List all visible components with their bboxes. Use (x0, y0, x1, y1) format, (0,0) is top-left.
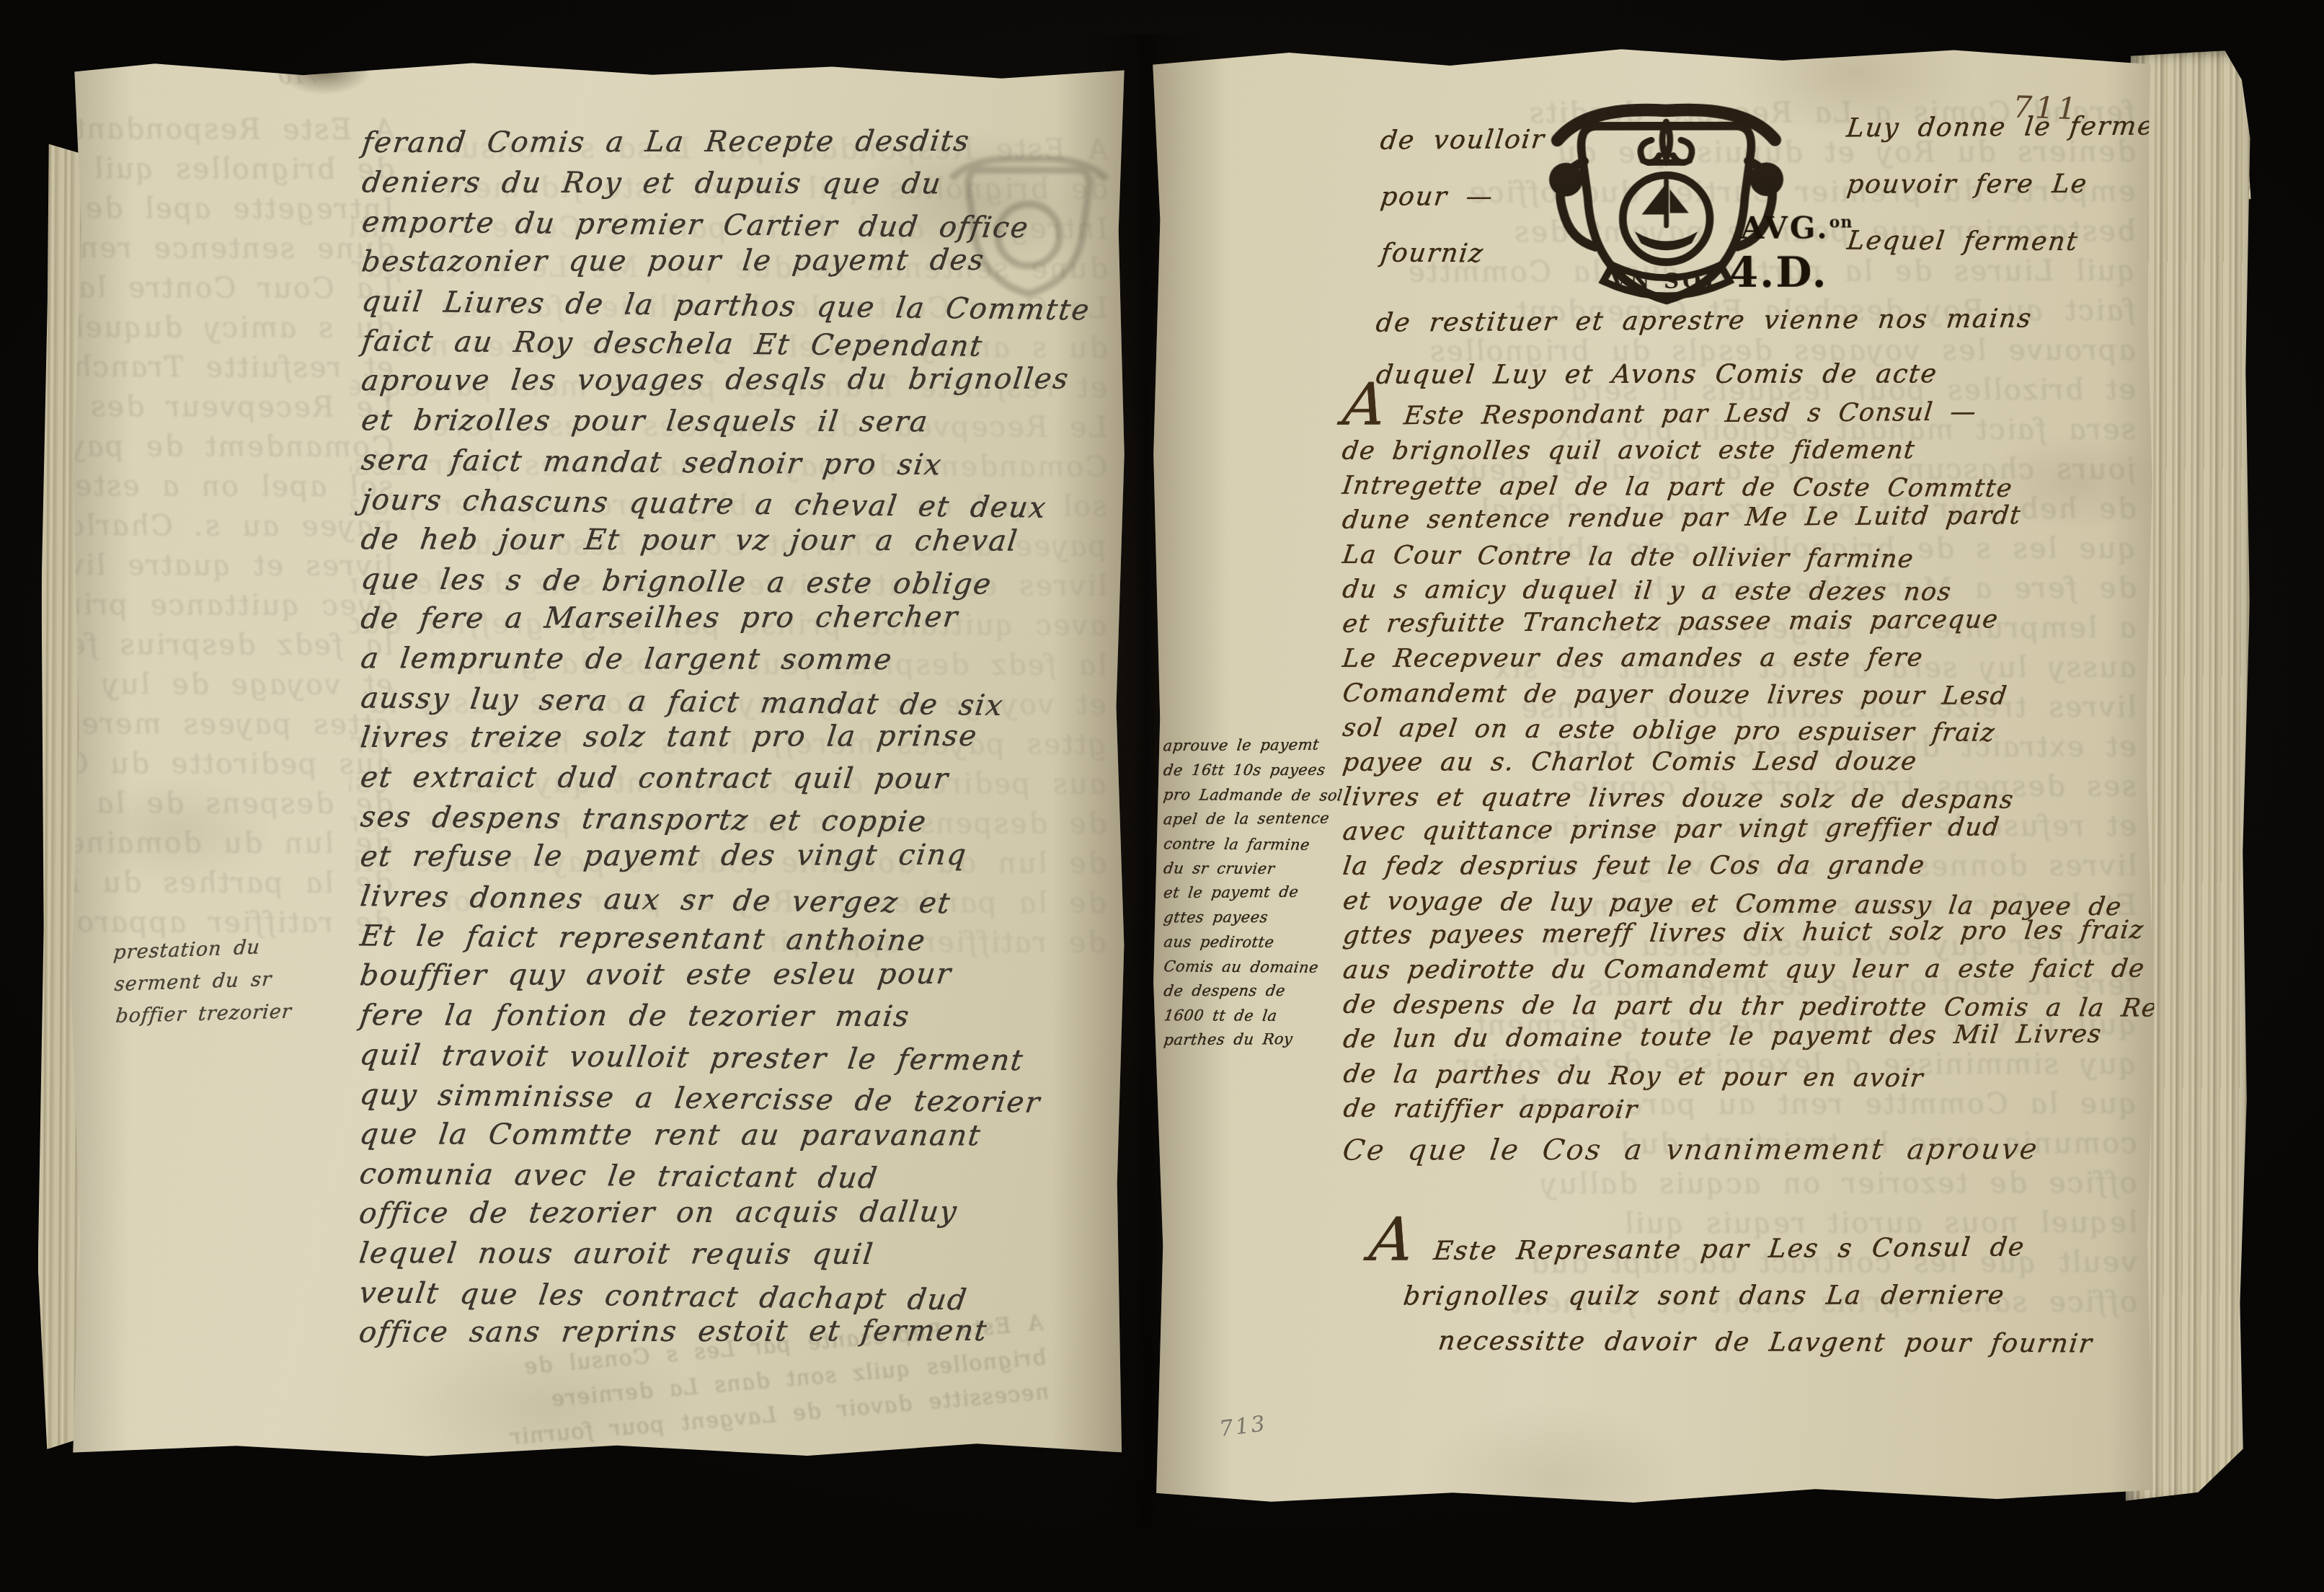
right-page-opening-left-column: de voulloirpour —fourniz (1377, 112, 1542, 281)
text-line: aus pedirotte (1162, 929, 1381, 955)
text-line: et resfuitte Tranchetz passee mais parce… (1341, 601, 2138, 642)
text-line: de heb jour Et pour vz jour a cheval (359, 520, 1125, 562)
left-page: 710 A Este Respondant par Lesd s Consul … (66, 59, 1128, 1464)
ship-icon (1635, 181, 1698, 251)
text-line: quil travoit voulloit prester le ferment (358, 1035, 1122, 1082)
text-line: La Cour Contre la dte ollivier farmine (74, 268, 396, 309)
text-line: de brignolles quil avoict este fidement (75, 149, 397, 190)
text-line: parthes du Roy (1163, 1026, 1382, 1052)
stamp-left-mascaron-icon (1549, 163, 1583, 197)
text-line: duquel Luy et Avons Comis de acte (1373, 348, 2035, 402)
right-page-opening-full-lines: de restituer et aprestre vienne nos main… (1373, 296, 2029, 402)
right-page: 711 ferand Comis a La Recepte desditsden… (1148, 43, 2158, 1509)
stamp-right-mascaron-icon (1749, 162, 1783, 196)
text-line: brignolles quilz sont dans La derniere (1401, 1273, 2095, 1319)
text-line: pro Ladmande de sol (1162, 782, 1381, 808)
text-line: la fedz desprius feut le Cos da grande (1341, 848, 2138, 884)
left-page-main-text: ferand Comis a La Recepte desditsdeniers… (357, 123, 1120, 1355)
text-line: pour — (1378, 169, 1549, 225)
text-line: de lun du domaine toute le payemt des Mi… (73, 823, 395, 864)
text-line: office de tezorier on acquis dalluy (1176, 1164, 2140, 1205)
text-line: necessitte davoir de Lavgent pour fourni… (445, 1375, 1050, 1461)
text-line: de despens de la part du thr pedirotte C… (73, 784, 395, 824)
text-line: avec quittance prinse par vingt greffier… (74, 585, 396, 626)
text-line: lequel nous auroit requis quil (357, 1234, 1122, 1275)
stamp-4d-text: 4.D. (1729, 248, 1828, 297)
resolution-line: Ce que le Cos a vnanimement aprouve (1341, 1133, 2041, 1167)
text-line: A Este Represante par Les s Consul de (1366, 1213, 2097, 1275)
text-line: payee au s. Charlot Comis Lesd douze (74, 506, 396, 547)
text-line: gttes payees mereff livres dix huict sol… (74, 704, 396, 745)
text-line: fere la fontion de tezorier mais (358, 996, 1123, 1038)
text-line: Comis au domaine (1162, 954, 1381, 980)
text-line: et resfuitte Tranchetz passee mais parce… (74, 348, 396, 388)
text-line: livres et quatre livres douze solz de de… (74, 546, 396, 586)
text-line: la fedz desprius feut le Cos da grande (74, 625, 396, 665)
bleedthrough-text-left-margin: A Este Respondant par Lesd s Consul —de … (75, 110, 394, 943)
text-line: 1600 tt de la (1163, 1003, 1382, 1028)
left-page-margin-note: prestation duserment du srboffier trezor… (111, 929, 352, 1032)
text-line: office de tezorier on acquis dalluy (357, 1192, 1122, 1234)
bleedthrough-folio-number: 710 (278, 63, 320, 91)
text-line: aprouve les voyages desqls du brignolles (359, 359, 1125, 401)
right-page-opening-right-column: Luy donne le fermentpouvoir fere LeLeque… (1843, 100, 2181, 270)
text-line: que la Commtte rent au paravanant (358, 1115, 1123, 1157)
text-line: apel de la sentence (1162, 805, 1381, 831)
text-line: Lequel ferment (1844, 213, 2188, 271)
text-line: avec quittance prinse par vingt greffier… (1341, 809, 2138, 849)
text-line: de despens de (1163, 978, 1382, 1004)
text-line: deniers du Roy et dupuis que du (360, 163, 1125, 205)
text-line: fourniz (1378, 226, 1549, 283)
text-line: livres treize solz tant pro la prinse (358, 716, 1124, 758)
text-line: aprouve le payemt (1162, 732, 1381, 758)
stamp-avg-text: AVG.on (1741, 211, 1853, 246)
text-line: sera faict mandat sednoir pro six (359, 441, 1124, 487)
text-line: gttes payees (1162, 905, 1381, 930)
text-line: A Este Respondant par Lesd s Consul — (75, 110, 397, 150)
text-line: Le Recepveur des amandes a este fere (74, 387, 396, 428)
text-line: aus pedirotte du Comandemt quy leur a es… (74, 744, 396, 784)
text-line: a lemprunte de largent somme (358, 639, 1124, 681)
text-line: de voulloir (1378, 112, 1549, 169)
text-line: ferand Comis a La Recepte desdits (360, 121, 1125, 163)
text-line: bouffier quy avoit este esleu pour (358, 954, 1123, 996)
text-line: et brizolles pour lesquels il sera (359, 401, 1125, 443)
right-page-closing-text: A Este Represante par Les s Consul debri… (1366, 1216, 2090, 1364)
text-line: de fere a Marseilhes pro chercher (358, 597, 1124, 639)
text-line: et voyage de luy paye et Comme aussy la … (74, 665, 396, 705)
text-line: boffier trezorier (114, 994, 355, 1032)
text-line: Comandemt de payer douze livres pour Les… (74, 427, 396, 467)
text-line: Luy donne le ferment (1844, 98, 2188, 156)
text-line: dune sentence rendue par Me Le Luitd par… (74, 229, 396, 269)
text-line: de la parthes du Roy et pour en avoir (73, 863, 395, 903)
pencil-folio-number: 713 (1218, 1411, 1269, 1442)
text-line: de brignolles quil avoict este fidement (1340, 433, 2137, 469)
text-line: contre la farmine (1162, 831, 1381, 857)
text-line: de 16tt 10s payees (1162, 758, 1381, 783)
text-line: gttes payees mereff livres dix huict sol… (1341, 913, 2138, 953)
text-line: et le payemt de (1162, 879, 1381, 905)
text-line: payee au s. Charlot Comis Lesd douze (1341, 744, 2138, 780)
stamp-banner-text: VN SOL (1610, 269, 1723, 293)
text-line: du s amicy duquel il y a este dezes nos (74, 308, 396, 348)
text-line: et refuse le payemt des vingt cinq (358, 835, 1124, 877)
right-page-main-text: A Este Respondant par Lesd s Consul —de … (1340, 381, 2134, 1126)
text-line: pouvoir fere Le (1844, 156, 2188, 213)
text-line: aus pedirotte du Comandemt quy leur a es… (1341, 952, 2139, 988)
text-line: office sans reprins estoit et ferment (357, 1311, 1122, 1353)
text-line: de restituer et aprestre vienne nos main… (1373, 293, 2035, 349)
text-line: dune sentence rendue par Me Le Luitd par… (1340, 497, 2137, 538)
text-line: et extraict dud contract quil pour (358, 758, 1124, 800)
text-line: Comandemt de payer douze livres pour Les… (1341, 676, 2137, 715)
text-line: Intregette apel de la part de Coste Comm… (75, 189, 397, 229)
text-line: sol apel on a este oblige pro espuiser f… (74, 466, 396, 507)
text-line: de lun du domaine toute le payemt des Mi… (1341, 1017, 2139, 1057)
photograph-of-open-register: 710 A Este Respondant par Lesd s Consul … (0, 0, 2324, 1592)
text-line: de ratiffier apparoir (1341, 1092, 2138, 1130)
text-line: necessitte davoir de Lavgent pour fourni… (1435, 1319, 2095, 1367)
text-line: du sr cruvier (1162, 856, 1381, 881)
text-line: Le Recepveur des amandes a este fere (1341, 640, 2138, 676)
right-page-margin-note: aprouve le payemtde 16tt 10s payeespro L… (1162, 733, 1379, 1053)
text-line: bestazonier que pour le payemt des (360, 240, 1125, 282)
